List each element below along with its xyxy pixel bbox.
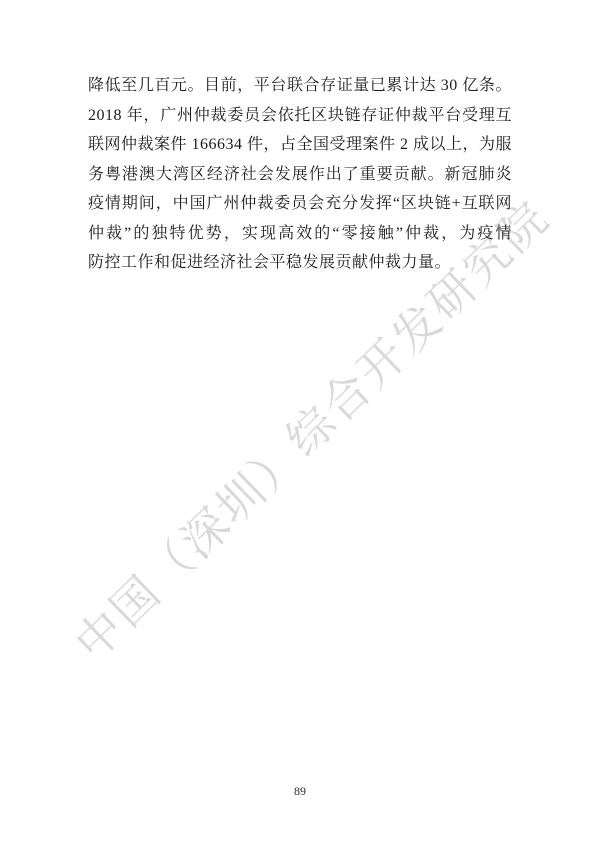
paragraph-line: 2018 年，广州仲裁委员会依托区块链存证仲裁平台受理互 bbox=[88, 101, 512, 131]
paragraph-line: 仲裁”的独特优势，实现高效的“零接触”仲裁，为疫情 bbox=[88, 219, 512, 249]
document-page: 中国（深圳）综合开发研究院 降低至几百元。目前，平台联合存证量已累计达 30 亿… bbox=[0, 0, 600, 848]
page-number: 89 bbox=[0, 784, 600, 799]
paragraph-line: 疫情期间，中国广州仲裁委员会充分发挥“区块链+互联网 bbox=[88, 189, 512, 219]
paragraph-line: 防控工作和促进经济社会平稳发展贡献仲裁力量。 bbox=[88, 248, 512, 278]
paragraph-line: 务粤港澳大湾区经济社会发展作出了重要贡献。新冠肺炎 bbox=[88, 160, 512, 190]
paragraph-line: 联网仲裁案件 166634 件，占全国受理案件 2 成以上，为服 bbox=[88, 130, 512, 160]
body-paragraph: 降低至几百元。目前，平台联合存证量已累计达 30 亿条。 2018 年，广州仲裁… bbox=[88, 71, 512, 278]
paragraph-line: 降低至几百元。目前，平台联合存证量已累计达 30 亿条。 bbox=[88, 71, 512, 101]
